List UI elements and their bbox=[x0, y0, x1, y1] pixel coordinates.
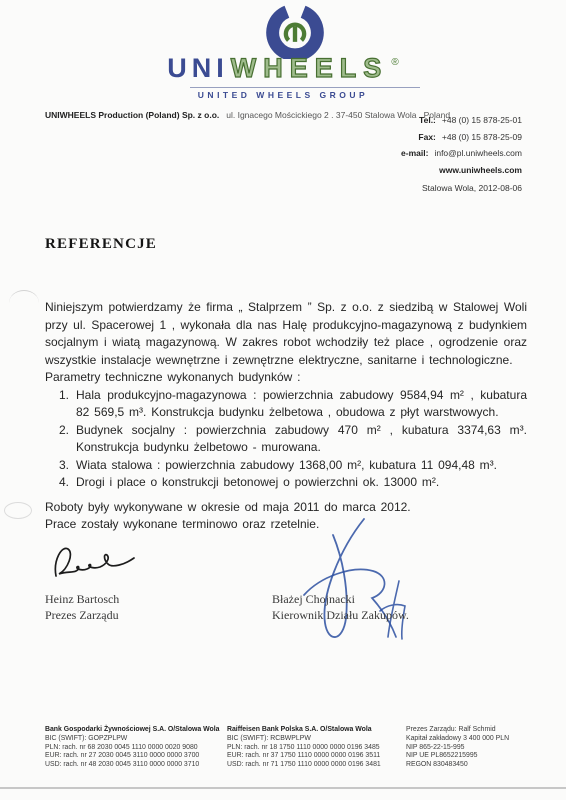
fax-row: Fax:+48 (0) 15 878-25-09 bbox=[401, 129, 522, 146]
company-address-line: UNIWHEELS Production (Poland) Sp. z o.o.… bbox=[45, 110, 450, 120]
list-item-number: 2. bbox=[45, 422, 76, 457]
email-row: e-mail:info@pl.uniwheels.com bbox=[401, 145, 522, 162]
list-item-text: Hala produkcyjno-magazynowa : powierzchn… bbox=[76, 387, 527, 422]
company-detail-line: NIP UE PL8652215995 bbox=[406, 752, 556, 761]
bank-detail-line: EUR: rach. nr 37 1750 1110 0000 0000 019… bbox=[227, 752, 405, 761]
tel-row: Tel.:+48 (0) 15 878-25-01 bbox=[401, 112, 522, 129]
signatory-name-right: Błażej Chojnacki bbox=[272, 592, 355, 607]
scanned-reference-letter: UNIWHEELS® UNITED WHEELS GROUP UNIWHEELS… bbox=[0, 0, 566, 800]
footer-bank-column-1: Bank Gospodarki Żywnościowej S.A. O/Stal… bbox=[45, 726, 220, 770]
footer-bank-column-2: Raiffeisen Bank Polska S.A. O/Stalowa Wo… bbox=[227, 726, 405, 770]
numbered-list: 1.Hala produkcyjno-magazynowa : powierzc… bbox=[45, 387, 527, 492]
signatory-name-left: Heinz Bartosch bbox=[45, 592, 119, 607]
brand-wheels: WHEELS bbox=[231, 53, 389, 83]
list-item-number: 1. bbox=[45, 387, 76, 422]
contact-block: Tel.:+48 (0) 15 878-25-01 Fax:+48 (0) 15… bbox=[401, 112, 522, 178]
fax-value: +48 (0) 15 878-25-09 bbox=[442, 132, 522, 142]
registered-trademark: ® bbox=[391, 57, 398, 68]
closing-line: Roboty były wykonywane w okresie od maja… bbox=[45, 499, 527, 517]
bank-detail-line: BIC (SWIFT): GOPZPLPW bbox=[45, 735, 220, 744]
company-detail-line: NIP 865-22-15-995 bbox=[406, 744, 556, 753]
bank-name: Raiffeisen Bank Polska S.A. O/Stalowa Wo… bbox=[227, 726, 405, 735]
list-item: 3.Wiata stalowa : powierzchnia zabudowy … bbox=[45, 457, 527, 475]
brand-tagline: UNITED WHEELS GROUP bbox=[0, 90, 566, 100]
list-item-text: Wiata stalowa : powierzchnia zabudowy 13… bbox=[76, 457, 527, 475]
tel-label: Tel.: bbox=[419, 115, 436, 125]
parameters-heading: Parametry techniczne wykonanych budynków… bbox=[45, 369, 527, 387]
horseshoe-wheel-icon bbox=[250, 5, 340, 59]
fax-label: Fax: bbox=[418, 132, 435, 142]
bank-detail-line: BIC (SWIFT): RCBWPLPW bbox=[227, 735, 405, 744]
uniwheels-logo-icon bbox=[250, 5, 340, 59]
signature-blazej-chojnacki-icon bbox=[276, 515, 428, 655]
bank-detail-line: USD: rach. nr 71 1750 1110 0000 0000 019… bbox=[227, 761, 405, 770]
document-title: REFERENCJE bbox=[45, 236, 157, 253]
list-item: 2.Budynek socjalny : powierzchnia zabudo… bbox=[45, 422, 527, 457]
brand-uni: UNI bbox=[167, 53, 229, 83]
tel-value: +48 (0) 15 878-25-01 bbox=[442, 115, 522, 125]
brand-divider bbox=[190, 87, 420, 88]
list-item-text: Drogi i place o konstrukcji betonowej o … bbox=[76, 474, 527, 492]
website: www.uniwheels.com bbox=[439, 165, 522, 175]
scan-artifact-arc bbox=[9, 290, 39, 303]
company-detail-line: Prezes Zarządu: Ralf Schmid bbox=[406, 726, 556, 735]
bank-detail-line: USD: rach. nr 48 2030 0045 3110 0000 000… bbox=[45, 761, 220, 770]
list-item: 4.Drogi i place o konstrukcji betonowej … bbox=[45, 474, 527, 492]
company-name: UNIWHEELS Production (Poland) Sp. z o.o. bbox=[45, 110, 219, 120]
list-item: 1.Hala produkcyjno-magazynowa : powierzc… bbox=[45, 387, 527, 422]
website-row: www.uniwheels.com bbox=[401, 162, 522, 179]
scan-page-edge bbox=[0, 787, 566, 789]
company-detail-line: Kapitał zakładowy 3 400 000 PLN bbox=[406, 735, 556, 744]
email-label: e-mail: bbox=[401, 148, 428, 158]
list-item-number: 4. bbox=[45, 474, 76, 492]
list-item-text: Budynek socjalny : powierzchnia zabudowy… bbox=[76, 422, 527, 457]
company-detail-line: REGON 830483450 bbox=[406, 761, 556, 770]
brand-wordmark: UNIWHEELS® bbox=[0, 53, 566, 84]
letter-body: Niniejszym potwierdzamy że firma „ Stalp… bbox=[45, 299, 527, 534]
email-value: info@pl.uniwheels.com bbox=[434, 148, 522, 158]
bank-detail-line: PLN: rach. nr 68 2030 0045 1110 0000 002… bbox=[45, 744, 220, 753]
bank-detail-line: PLN: rach. nr 18 1750 1110 0000 0000 019… bbox=[227, 744, 405, 753]
signatory-title-left: Prezes Zarządu bbox=[45, 608, 119, 623]
footer-company-column: Prezes Zarządu: Ralf Schmid Kapitał zakł… bbox=[406, 726, 556, 770]
scan-artifact-ellipse bbox=[4, 502, 32, 519]
dateline: Stalowa Wola, 2012-08-06 bbox=[422, 183, 522, 193]
intro-paragraph: Niniejszym potwierdzamy że firma „ Stalp… bbox=[45, 299, 527, 369]
bank-name: Bank Gospodarki Żywnościowej S.A. O/Stal… bbox=[45, 726, 220, 735]
signature-heinz-bartosch-icon bbox=[50, 540, 142, 586]
signatory-title-right: Kierownik Działu Zakupów. bbox=[272, 608, 409, 623]
bank-detail-line: EUR: rach. nr 27 2030 0045 3110 0000 000… bbox=[45, 752, 220, 761]
list-item-number: 3. bbox=[45, 457, 76, 475]
